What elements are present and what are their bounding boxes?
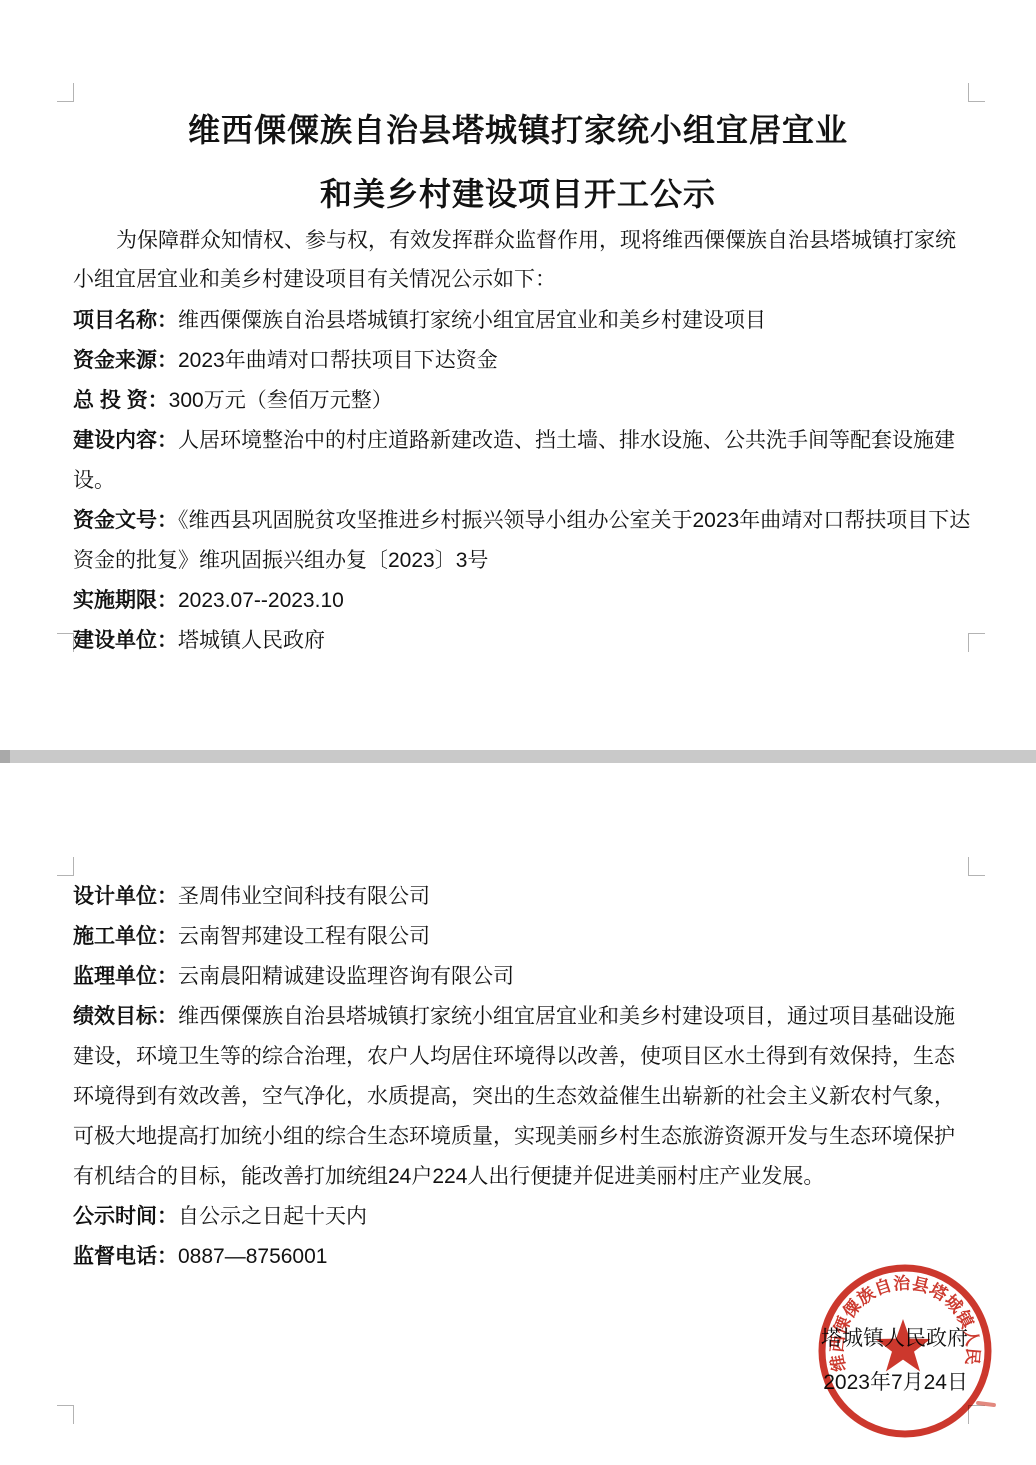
- field-value: 2023.07--2023.10: [178, 589, 344, 612]
- field-contractor-unit: 施工单位：云南智邦建设工程有限公司: [73, 917, 971, 957]
- field-value: 塔城镇人民政府: [178, 629, 325, 652]
- field-label: 绩效目标：: [73, 1005, 178, 1028]
- doc-title-line2: 和美乡村建设项目开工公示: [0, 174, 1036, 214]
- field-total-investment: 总 投 资：300万元（叁佰万元整）: [73, 381, 971, 421]
- field-label: 公示时间：: [73, 1205, 178, 1228]
- field-value: 云南智邦建设工程有限公司: [178, 925, 430, 948]
- page-gap-divider-cap: [0, 750, 10, 763]
- field-design-unit: 设计单位：圣周伟业空间科技有限公司: [73, 877, 971, 917]
- field-value: 维西傈僳族自治县塔城镇打家统小组宜居宜业和美乡村建设项目: [178, 309, 766, 332]
- field-supervision-unit: 监理单位：云南晨阳精诚建设监理咨询有限公司: [73, 957, 971, 997]
- field-label: 建设单位：: [73, 629, 178, 652]
- page1-margin-mark-top-left: [57, 83, 74, 102]
- page2-margin-mark-bottom-left: [57, 1405, 74, 1424]
- field-value: 云南晨阳精诚建设监理咨询有限公司: [178, 965, 514, 988]
- page2-margin-mark-top-right: [968, 857, 985, 876]
- field-value: 300万元（叁佰万元整）: [169, 389, 393, 412]
- field-project-name: 项目名称：维西傈僳族自治县塔城镇打家统小组宜居宜业和美乡村建设项目: [73, 301, 971, 341]
- page2-fields: 设计单位：圣周伟业空间科技有限公司 施工单位：云南智邦建设工程有限公司 监理单位…: [73, 877, 971, 1277]
- page2-margin-mark-top-left: [57, 857, 74, 876]
- document-canvas: 维西傈僳族自治县塔城镇打家统小组宜居宜业 和美乡村建设项目开工公示 为保障群众知…: [0, 0, 1036, 1465]
- field-publicity-period: 公示时间：自公示之日起十天内: [73, 1197, 971, 1237]
- field-value: 人居环境整治中的村庄道路新建改造、挡土墙、排水设施、公共洗手间等配套设施建设。: [73, 429, 955, 492]
- field-value: 0887—8756001: [178, 1245, 327, 1268]
- field-label: 资金文号：: [73, 509, 178, 532]
- field-label: 实施期限：: [73, 589, 178, 612]
- official-seal: 维西傈僳族自治县塔城镇人民政府: [810, 1258, 1000, 1448]
- field-label: 资金来源：: [73, 349, 178, 372]
- field-value: 圣周伟业空间科技有限公司: [178, 885, 430, 908]
- field-fund-source: 资金来源：2023年曲靖对口帮扶项目下达资金: [73, 341, 971, 381]
- page-gap-divider: [0, 750, 1036, 763]
- field-construction-unit: 建设单位：塔城镇人民政府: [73, 621, 971, 661]
- page1-margin-mark-top-right: [968, 83, 985, 102]
- star-icon: [875, 1319, 930, 1371]
- page1-fields: 项目名称：维西傈僳族自治县塔城镇打家统小组宜居宜业和美乡村建设项目 资金来源：2…: [73, 301, 971, 661]
- field-value: 2023年曲靖对口帮扶项目下达资金: [178, 349, 498, 372]
- field-label: 总 投 资：: [73, 389, 169, 412]
- field-label: 监督电话：: [73, 1245, 178, 1268]
- field-implementation-period: 实施期限：2023.07--2023.10: [73, 581, 971, 621]
- field-label: 施工单位：: [73, 925, 178, 948]
- field-label: 设计单位：: [73, 885, 178, 908]
- field-performance-goal: 绩效目标：维西傈僳族自治县塔城镇打家统小组宜居宜业和美乡村建设项目，通过项目基础…: [73, 997, 971, 1197]
- field-label: 建设内容：: [73, 429, 178, 452]
- field-construction-content: 建设内容：人居环境整治中的村庄道路新建改造、挡土墙、排水设施、公共洗手间等配套设…: [73, 421, 971, 501]
- field-value: 《维西县巩固脱贫攻坚推进乡村振兴领导小组办公室关于2023年曲靖对口帮扶项目下达…: [73, 509, 970, 572]
- intro-paragraph: 为保障群众知情权、参与权，有效发挥群众监督作用，现将维西傈僳族自治县塔城镇打家统…: [73, 221, 971, 299]
- doc-title-line1: 维西傈僳族自治县塔城镇打家统小组宜居宜业: [0, 110, 1036, 150]
- field-fund-document-no: 资金文号：《维西县巩固脱贫攻坚推进乡村振兴领导小组办公室关于2023年曲靖对口帮…: [73, 501, 971, 581]
- page1-margin-mark-bottom-left: [57, 633, 74, 652]
- field-label: 监理单位：: [73, 965, 178, 988]
- field-label: 项目名称：: [73, 309, 178, 332]
- field-value: 自公示之日起十天内: [178, 1205, 367, 1228]
- field-value: 维西傈僳族自治县塔城镇打家统小组宜居宜业和美乡村建设项目，通过项目基础设施建设，…: [73, 1005, 955, 1188]
